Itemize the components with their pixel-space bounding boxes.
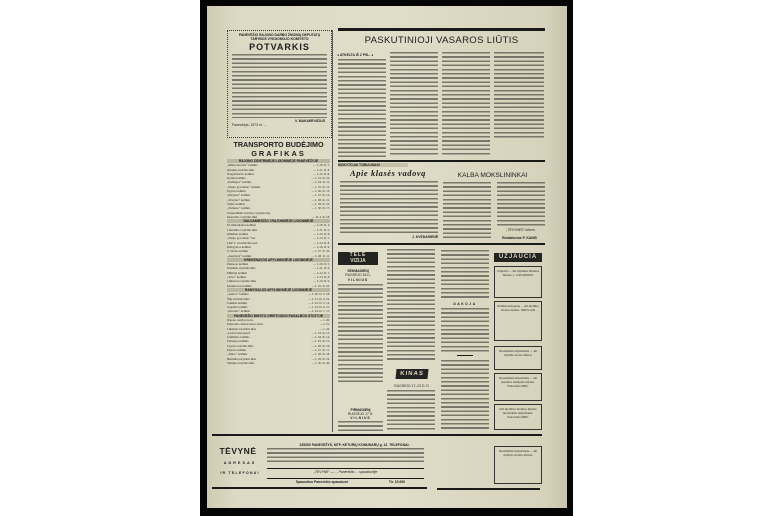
cinema-dates: RUGSĖJO 17–23 D. D. bbox=[387, 384, 437, 388]
condolence-notice: Nuoširdžiai užjaučiame ... dėl mylimo br… bbox=[494, 346, 542, 370]
tv-day-1-date: RUGSĖJO 16 D. bbox=[338, 273, 378, 277]
bottom-rule bbox=[212, 434, 542, 436]
scientists-col-2 bbox=[497, 182, 545, 226]
masthead-rule-1 bbox=[267, 468, 424, 469]
notices-bottom-rule bbox=[437, 488, 540, 490]
condolence-notice-text: Nuoširdžiai užjaučiame ... dėl mylimo br… bbox=[497, 349, 539, 368]
decree-issuer: PANEVĖŽIO RAJONO DARBO ŽMONIŲ DEPUTATŲ T… bbox=[228, 31, 331, 41]
radio-listings bbox=[441, 250, 489, 298]
top-rule bbox=[338, 28, 545, 31]
condolence-notice-text: Nuoširdžiai užjaučiame ... dėl mylimos m… bbox=[497, 376, 539, 399]
column-divider bbox=[332, 30, 333, 432]
teachers-rubric: MOKYTOJAI TOBULINASI bbox=[338, 163, 408, 167]
decree-body bbox=[232, 54, 327, 118]
mid-rule bbox=[338, 160, 545, 162]
printing-house: Spausdino Panevėžio spaustuvė bbox=[282, 480, 362, 484]
transport-sections: RAJONO CENTRINĖJE LIGONINĖJE PANEVĖŽYJE„… bbox=[227, 159, 330, 365]
condolence-notice: Reiškia užuojautą ... dėl mylimo tėvelio… bbox=[494, 301, 542, 341]
masthead-bottom-rule bbox=[212, 487, 427, 489]
tv-program-2 bbox=[338, 421, 383, 433]
circulation: Tir. 15.000 bbox=[377, 480, 417, 484]
dakota-heading: DAKOJA bbox=[441, 302, 489, 306]
schedule-row-dates: — I. 30. II. 17. bbox=[311, 206, 330, 210]
story-col-1 bbox=[338, 59, 386, 157]
condolence-ad-bottom: Nuoširdžiai užjaučiame ... dėl mylimo tė… bbox=[494, 446, 542, 484]
condolence-notice: Užjaučia ... dėl mylimos žmonos mirties.… bbox=[494, 266, 542, 298]
story-title: PASKUTINIOJI VASAROS LIŪTIS bbox=[338, 35, 545, 47]
cinema-logo: KINAS bbox=[395, 369, 428, 379]
schedule-row: Smilgių tarybinis ūkis— I. 30. II. 20. bbox=[227, 361, 330, 365]
tv-program-cont bbox=[387, 249, 435, 361]
condolence-ad-bottom-text: Nuoširdžiai užjaučiame ... dėl mylimo tė… bbox=[497, 449, 539, 479]
schedule-row-dates: — II. 3. II. 18. bbox=[312, 215, 330, 219]
tv-channel-1: VILNIUS bbox=[338, 278, 378, 282]
condolences-heading: UŽJAUČIA bbox=[494, 253, 542, 262]
newspaper-page: PANEVĖŽIO RAJONO DARBO ŽMONIŲ DEPUTATŲ T… bbox=[207, 6, 567, 508]
condolence-notice-text: Dėl mylimos motinos mirties nuoširdžiai … bbox=[497, 407, 539, 428]
condolence-notice-text: Užjaučia ... dėl mylimos žmonos mirties.… bbox=[497, 269, 539, 296]
schedule-row-dates: — I. 30. II. 20. bbox=[311, 361, 330, 365]
transport-title-2: GRAFIKAS bbox=[227, 149, 330, 158]
story-col-2 bbox=[390, 52, 438, 157]
scientists-source: „TĖVYNĖS“ inform. bbox=[497, 228, 545, 232]
condolence-notice: Dėl mylimos motinos mirties nuoširdžiai … bbox=[494, 404, 542, 430]
schedule-row-dates: — I. 28. II. 11. bbox=[312, 254, 330, 258]
notices-text bbox=[441, 360, 489, 430]
masthead-phones bbox=[267, 448, 424, 465]
schedule-row-name: Smilgių tarybinis ūkis bbox=[227, 361, 254, 365]
transport-schedule: TRANSPORTO BUDĖJIMO GRAFIKAS RAJONO CENT… bbox=[227, 140, 330, 430]
decree-date: Panevėžys, 1973 m. ... bbox=[228, 123, 331, 127]
masthead-name: TĖVYNĖ bbox=[215, 446, 261, 456]
schedule-row-dates: — I. 25. II. 10. bbox=[311, 284, 330, 288]
tv-program-1 bbox=[338, 284, 383, 384]
masthead-address: 235300 PANEVĖŽYS, MTP. KETURIŲ KOMUNARŲ … bbox=[282, 443, 427, 447]
scientists-title: KALBA MOKSLININKAI bbox=[440, 172, 545, 180]
transport-title-1: TRANSPORTO BUDĖJIMO bbox=[227, 140, 330, 149]
story-col-4 bbox=[494, 52, 544, 140]
condolence-notice: Nuoširdžiai užjaučiame ... dėl mylimos m… bbox=[494, 373, 542, 401]
teachers-author: J. KVEDARIENĖ bbox=[387, 235, 438, 239]
dakota-text bbox=[441, 308, 489, 352]
teachers-title: Apie klasės vadovą bbox=[338, 169, 438, 179]
condolence-notice-text: Reiškia užuojautą ... dėl mylimo tėvelio… bbox=[497, 304, 539, 339]
masthead-rule-2 bbox=[267, 478, 424, 479]
masthead-phones-label: IR TELEFONAI bbox=[211, 471, 269, 475]
lower-rule bbox=[338, 243, 545, 245]
editor-credit: Redaktorius P. KANIS bbox=[492, 236, 547, 240]
teachers-body bbox=[340, 181, 438, 234]
story-continued: ● ATKELTA IŠ 2 PSL. ● bbox=[337, 53, 387, 57]
masthead-print-line: „TĖVYNĖ“ — ... Panevėžio ... spaustuvėje bbox=[267, 470, 424, 474]
story-col-3 bbox=[442, 52, 490, 157]
cinema-listings bbox=[387, 390, 435, 432]
tv-logo-bottom: VIZIJA bbox=[338, 258, 378, 264]
tv-logo: TELE VIZIJA bbox=[338, 252, 378, 265]
decree-box: PANEVĖŽIO RAJONO DARBO ŽMONIŲ DEPUTATŲ T… bbox=[227, 30, 332, 138]
masthead-address-label: ADRESAS bbox=[215, 461, 265, 465]
tv-channel-2: VILNIUS bbox=[338, 416, 383, 420]
short-rule bbox=[457, 355, 473, 356]
decree-title: POTVARKIS bbox=[228, 42, 331, 53]
scientists-col-1 bbox=[443, 182, 491, 238]
